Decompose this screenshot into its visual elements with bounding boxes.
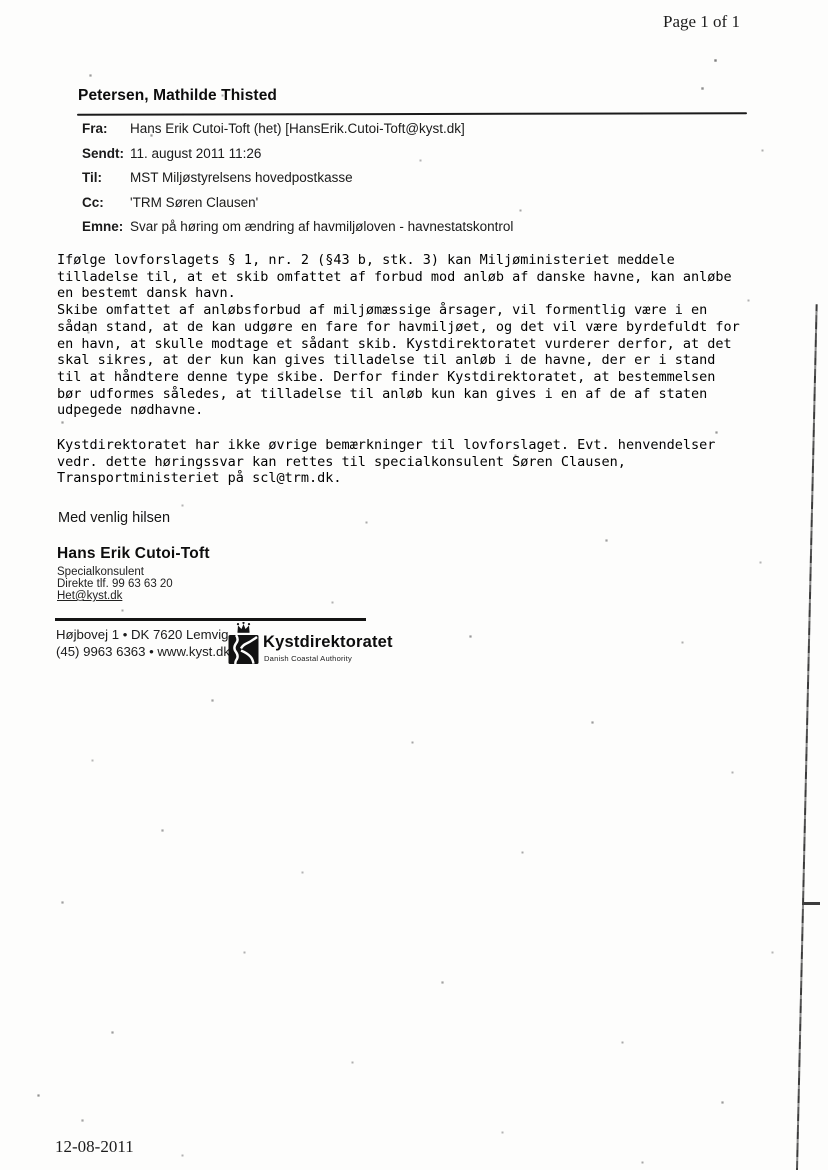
to-value: MST Miljøstyrelsens hovedpostkasse	[130, 170, 353, 185]
org-subtitle: Danish Coastal Authority	[264, 654, 352, 663]
footer-address-line2: (45) 9963 6363 • www.kyst.dk	[56, 644, 230, 661]
body-paragraph-1: Ifølge lovforslagets § 1, nr. 2 (§43 b, …	[57, 252, 740, 419]
org-name: Kystdirektoratet	[263, 633, 393, 652]
crown-wave-k-emblem-svg	[227, 622, 261, 666]
scan-edge-artifact-line	[796, 304, 817, 1170]
page-number: Page 1 of 1	[663, 12, 740, 32]
subject-value: Svar på høring om ændring af havmiljølov…	[130, 219, 513, 234]
from-value: Hans Erik Cutoi-Toft (het) [HansErik.Cut…	[130, 121, 465, 136]
cc-label: Cc:	[82, 195, 130, 210]
header-divider	[77, 112, 747, 116]
from-label: Fra:	[82, 121, 130, 136]
footer-address: Højbovej 1 • DK 7620 Lemvig (45) 9963 63…	[56, 627, 230, 660]
signature-title: Specialkonsulent	[57, 566, 144, 578]
footer-divider	[55, 618, 366, 621]
signature-phone: Direkte tlf. 99 63 63 20	[57, 578, 173, 590]
crown-icon	[237, 622, 250, 633]
footer-date: 12-08-2011	[55, 1137, 134, 1157]
sent-value: 11. august 2011 11:26	[130, 146, 261, 161]
header-row-from: Fra: Hans Erik Cutoi-Toft (het) [HansEri…	[82, 121, 513, 146]
email-header-fields: Fra: Hans Erik Cutoi-Toft (het) [HansEri…	[82, 121, 513, 244]
kystdirektoratet-logo-icon	[227, 622, 261, 666]
header-row-sent: Sendt: 11. august 2011 11:26	[82, 146, 513, 171]
signature-email-link: Het@kyst.dk	[57, 590, 122, 602]
footer-address-line1: Højbovej 1 • DK 7620 Lemvig	[56, 627, 230, 644]
cc-value: 'TRM Søren Clausen'	[130, 195, 258, 210]
header-row-cc: Cc: 'TRM Søren Clausen'	[82, 195, 513, 220]
scan-noise-specks	[0, 0, 1, 1]
header-row-to: Til: MST Miljøstyrelsens hovedpostkasse	[82, 170, 513, 195]
header-row-subject: Emne: Svar på høring om ændring af havmi…	[82, 219, 513, 244]
wave-k-icon	[229, 635, 259, 664]
signature-name: Hans Erik Cutoi-Toft	[57, 545, 210, 563]
sent-label: Sendt:	[82, 146, 130, 161]
subject-label: Emne:	[82, 219, 130, 234]
recipient-title: Petersen, Mathilde Thisted	[78, 87, 277, 105]
scan-edge-artifact-tick	[803, 902, 820, 905]
closing-text: Med venlig hilsen	[58, 510, 170, 526]
to-label: Til:	[82, 170, 130, 185]
body-paragraph-2: Kystdirektoratet har ikke øvrige bemærkn…	[57, 437, 715, 487]
